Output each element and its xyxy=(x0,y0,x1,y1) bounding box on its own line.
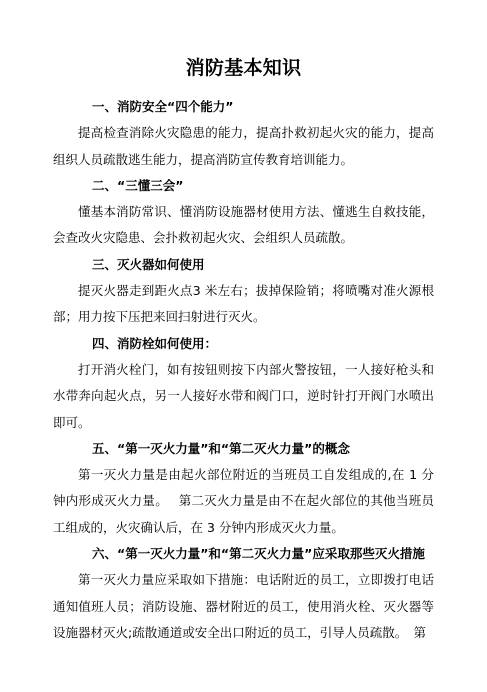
section-heading: 四、消防栓如何使用： xyxy=(53,331,434,357)
section-paragraph: 第一灭火力量是由起火部位附近的当班员工自发组成的,在 1 分钟内形成灭火力量。 … xyxy=(53,462,434,541)
section-4: 四、消防栓如何使用： 打开消火栓门，如有按钮则按下内部火警按钮，一人接好枪头和水… xyxy=(53,331,434,436)
section-paragraph: 打开消火栓门，如有按钮则按下内部火警按钮，一人接好枪头和水带奔向起火点，另一人接… xyxy=(53,357,434,436)
section-paragraph: 提高检查消除火灾隐患的能力，提高扑救初起火灾的能力，提高组织人员疏散逃生能力，提… xyxy=(53,120,434,173)
section-paragraph: 懂基本消防常识、懂消防设施器材使用方法、懂逃生自救技能，会查改火灾隐患、会扑救初… xyxy=(53,199,434,252)
section-3: 三、灭火器如何使用 提灭火器走到距火点3 米左右；拔掉保险销；将喷嘴对准火源根部… xyxy=(53,252,434,331)
section-paragraph: 提灭火器走到距火点3 米左右；拔掉保险销；将喷嘴对准火源根部；用力按下压把来回扫… xyxy=(53,278,434,331)
document-page: 消防基本知识 一、消防安全“四个能力” 提高检查消除火灾隐患的能力，提高扑救初起… xyxy=(0,0,487,692)
section-heading: 二、“三懂三会” xyxy=(53,173,434,199)
section-heading: 三、灭火器如何使用 xyxy=(53,252,434,278)
document-title: 消防基本知识 xyxy=(0,56,487,80)
section-5: 五、“第一灭火力量”和“第二灭火力量”的概念 第一灭火力量是由起火部位附近的当班… xyxy=(53,436,434,541)
section-6: 六、“第一灭火力量”和“第二灭火力量”应采取那些灭火措施 第一灭火力量应采取如下… xyxy=(53,541,434,646)
section-1: 一、消防安全“四个能力” 提高检查消除火灾隐患的能力，提高扑救初起火灾的能力，提… xyxy=(53,94,434,173)
document-body: 一、消防安全“四个能力” 提高检查消除火灾隐患的能力，提高扑救初起火灾的能力，提… xyxy=(53,94,434,646)
section-heading: 一、消防安全“四个能力” xyxy=(53,94,434,120)
section-2: 二、“三懂三会” 懂基本消防常识、懂消防设施器材使用方法、懂逃生自救技能，会查改… xyxy=(53,173,434,252)
section-paragraph: 第一灭火力量应采取如下措施：电话附近的员工，立即拨打电话通知值班人员；消防设施、… xyxy=(53,567,434,646)
section-heading: 五、“第一灭火力量”和“第二灭火力量”的概念 xyxy=(53,436,434,462)
section-heading: 六、“第一灭火力量”和“第二灭火力量”应采取那些灭火措施 xyxy=(53,541,434,567)
